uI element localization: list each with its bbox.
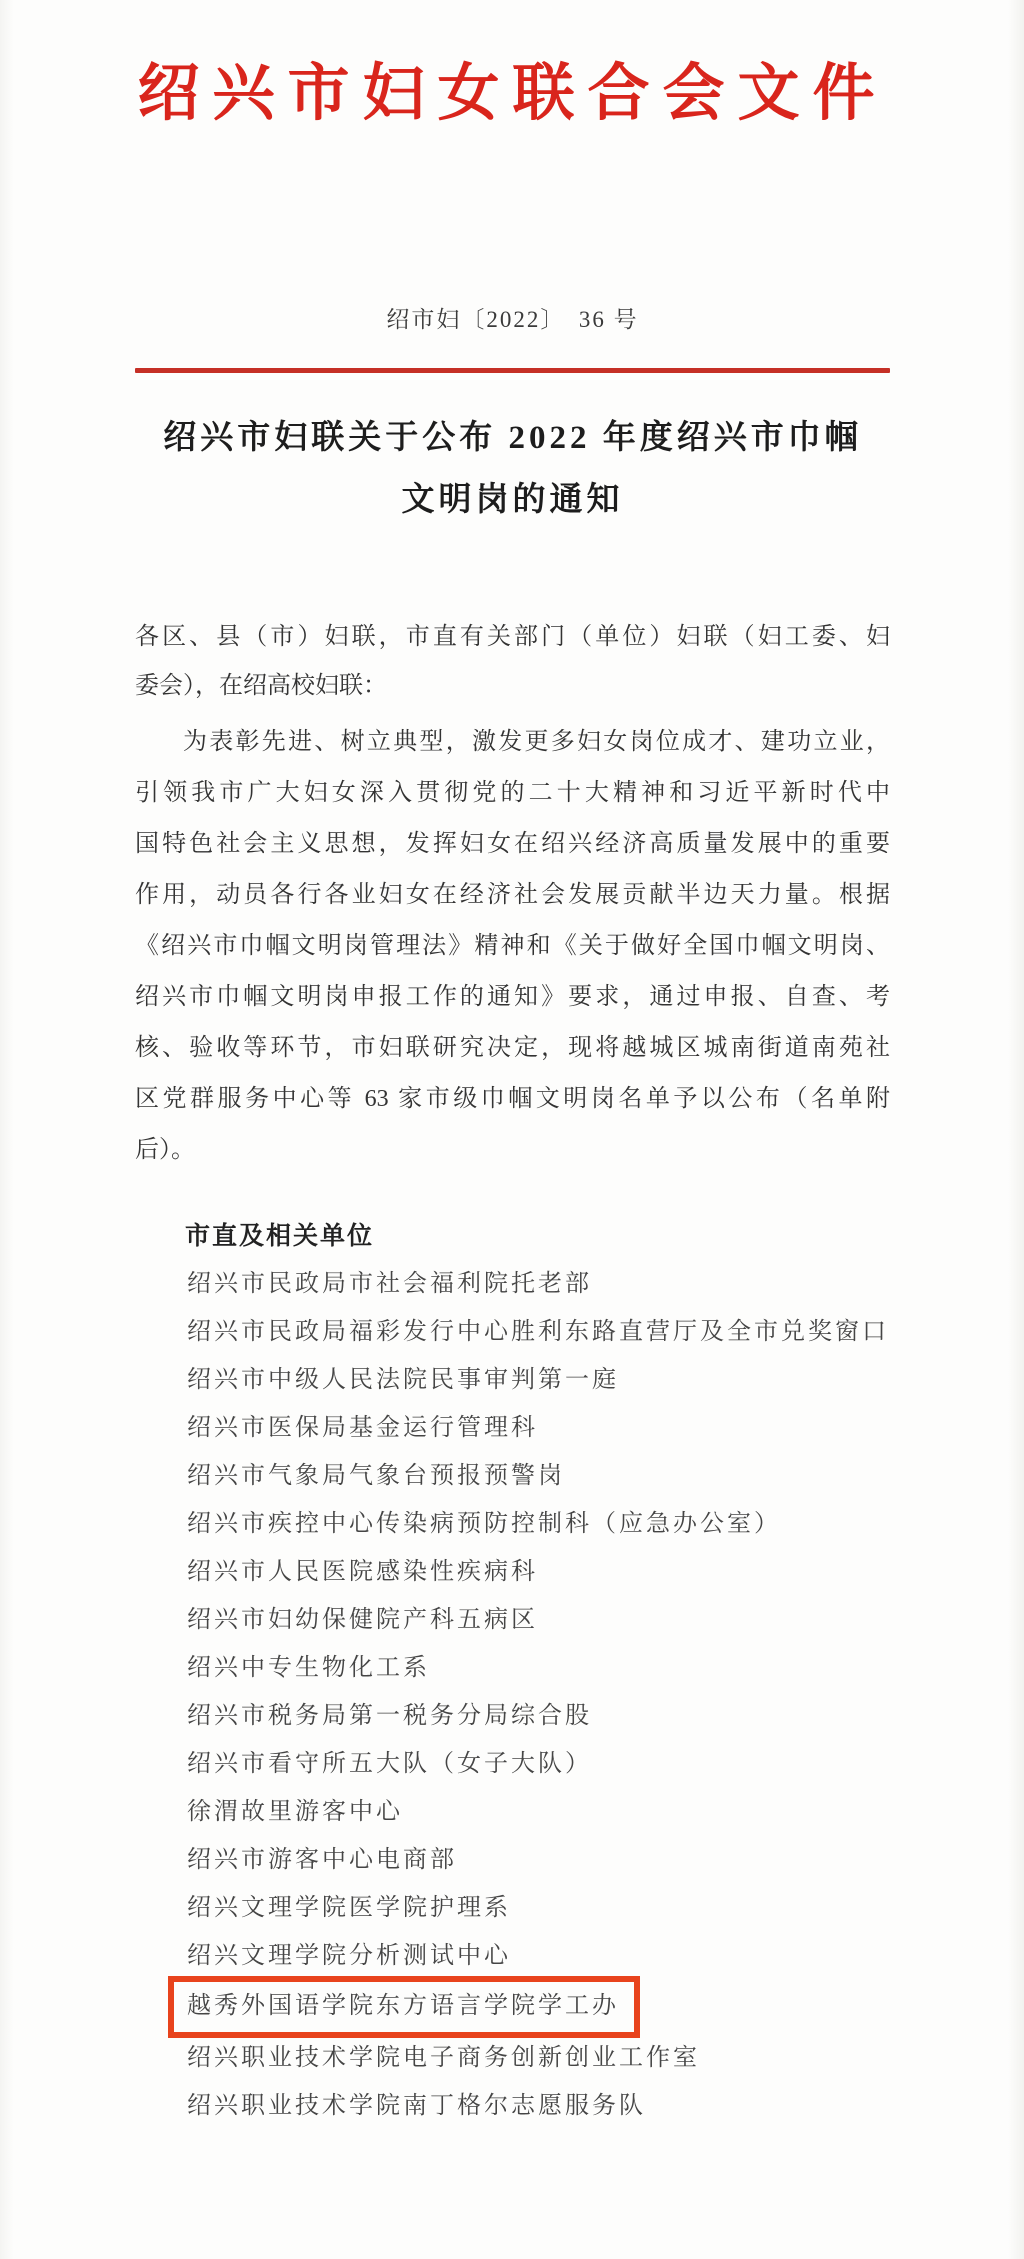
list-item: 绍兴职业技术学院南丁格尔志愿服务队 <box>135 2082 890 2130</box>
doc-number: 绍市妇〔2022〕 36 号 <box>135 300 890 340</box>
list-item: 绍兴市民政局市社会福利院托老部 <box>135 1260 890 1308</box>
paragraph-line: 核、验收等环节，市妇联研究决定，现将越城区城南街道南苑社 <box>135 1023 890 1074</box>
paragraph-line: 后）。 <box>135 1125 890 1176</box>
award-list-section: 市直及相关单位 绍兴市民政局市社会福利院托老部 绍兴市民政局福彩发行中心胜利东路… <box>135 1212 890 2130</box>
list-item: 绍兴文理学院分析测试中心 <box>135 1932 890 1980</box>
list-item: 绍兴市中级人民法院民事审判第一庭 <box>135 1356 890 1404</box>
section-header: 市直及相关单位 <box>135 1212 890 1260</box>
salutation: 各区、县（市）妇联，市直有关部门（单位）妇联（妇工委、妇 委会），在绍高校妇联： <box>135 613 890 711</box>
list-item: 绍兴市疾控中心传染病预防控制科（应急办公室） <box>135 1500 890 1548</box>
paragraph-line: 为表彰先进、树立典型，激发更多妇女岗位成才、建功立业， <box>135 717 890 768</box>
list-item: 绍兴市游客中心电商部 <box>135 1836 890 1884</box>
salutation-line: 委会），在绍高校妇联： <box>135 662 890 711</box>
list-item: 绍兴文理学院医学院护理系 <box>135 1884 890 1932</box>
list-item: 绍兴职业技术学院电子商务创新创业工作室 <box>135 2034 890 2082</box>
list-item: 绍兴市民政局福彩发行中心胜利东路直营厅及全市兑奖窗口 <box>135 1308 890 1356</box>
list-item: 绍兴市气象局气象台预报预警岗 <box>135 1452 890 1500</box>
notice-title-line1: 绍兴市妇联关于公布 2022 年度绍兴市巾帼 <box>135 407 890 469</box>
list-item: 绍兴中专生物化工系 <box>135 1644 890 1692</box>
list-item: 绍兴市妇幼保健院产科五病区 <box>135 1596 890 1644</box>
list-item: 绍兴市税务局第一税务分局综合股 <box>135 1692 890 1740</box>
paragraph-line: 引领我市广大妇女深入贯彻党的二十大精神和习近平新时代中 <box>135 768 890 819</box>
paragraph-line: 作用，动员各行各业妇女在经济社会发展贡献半边天力量。根据 <box>135 870 890 921</box>
red-highlight-box: 越秀外国语学院东方语言学院学工办 <box>168 1976 640 2038</box>
document-page: 绍兴市妇女联合会文件 绍市妇〔2022〕 36 号 绍兴市妇联关于公布 2022… <box>0 0 1024 2259</box>
list-item: 绍兴市医保局基金运行管理科 <box>135 1404 890 1452</box>
list-item: 徐渭故里游客中心 <box>135 1788 890 1836</box>
notice-title-line2: 文明岗的通知 <box>135 469 890 531</box>
notice-title: 绍兴市妇联关于公布 2022 年度绍兴市巾帼 文明岗的通知 <box>135 407 890 531</box>
paragraph-line: 绍兴市巾帼文明岗申报工作的通知》要求，通过申报、自查、考 <box>135 972 890 1023</box>
paragraph-line: 区党群服务中心等 63 家市级巾帼文明岗名单予以公布（名单附 <box>135 1074 890 1125</box>
paragraph-line: 国特色社会主义思想，发挥妇女在绍兴经济高质量发展中的重要 <box>135 819 890 870</box>
highlighted-item-text: 越秀外国语学院东方语言学院学工办 <box>187 1993 619 2019</box>
highlighted-list-item: 越秀外国语学院东方语言学院学工办 <box>135 1980 890 2034</box>
paragraph-line: 《绍兴市巾帼文明岗管理法》精神和《关于做好全国巾帼文明岗、 <box>135 921 890 972</box>
org-header-title: 绍兴市妇女联合会文件 <box>135 0 890 132</box>
body-paragraph: 为表彰先进、树立典型，激发更多妇女岗位成才、建功立业， 引领我市广大妇女深入贯彻… <box>135 717 890 1176</box>
list-item: 绍兴市人民医院感染性疾病科 <box>135 1548 890 1596</box>
list-item: 绍兴市看守所五大队（女子大队） <box>135 1740 890 1788</box>
salutation-line: 各区、县（市）妇联，市直有关部门（单位）妇联（妇工委、妇 <box>135 613 890 662</box>
red-divider-line <box>135 368 890 373</box>
